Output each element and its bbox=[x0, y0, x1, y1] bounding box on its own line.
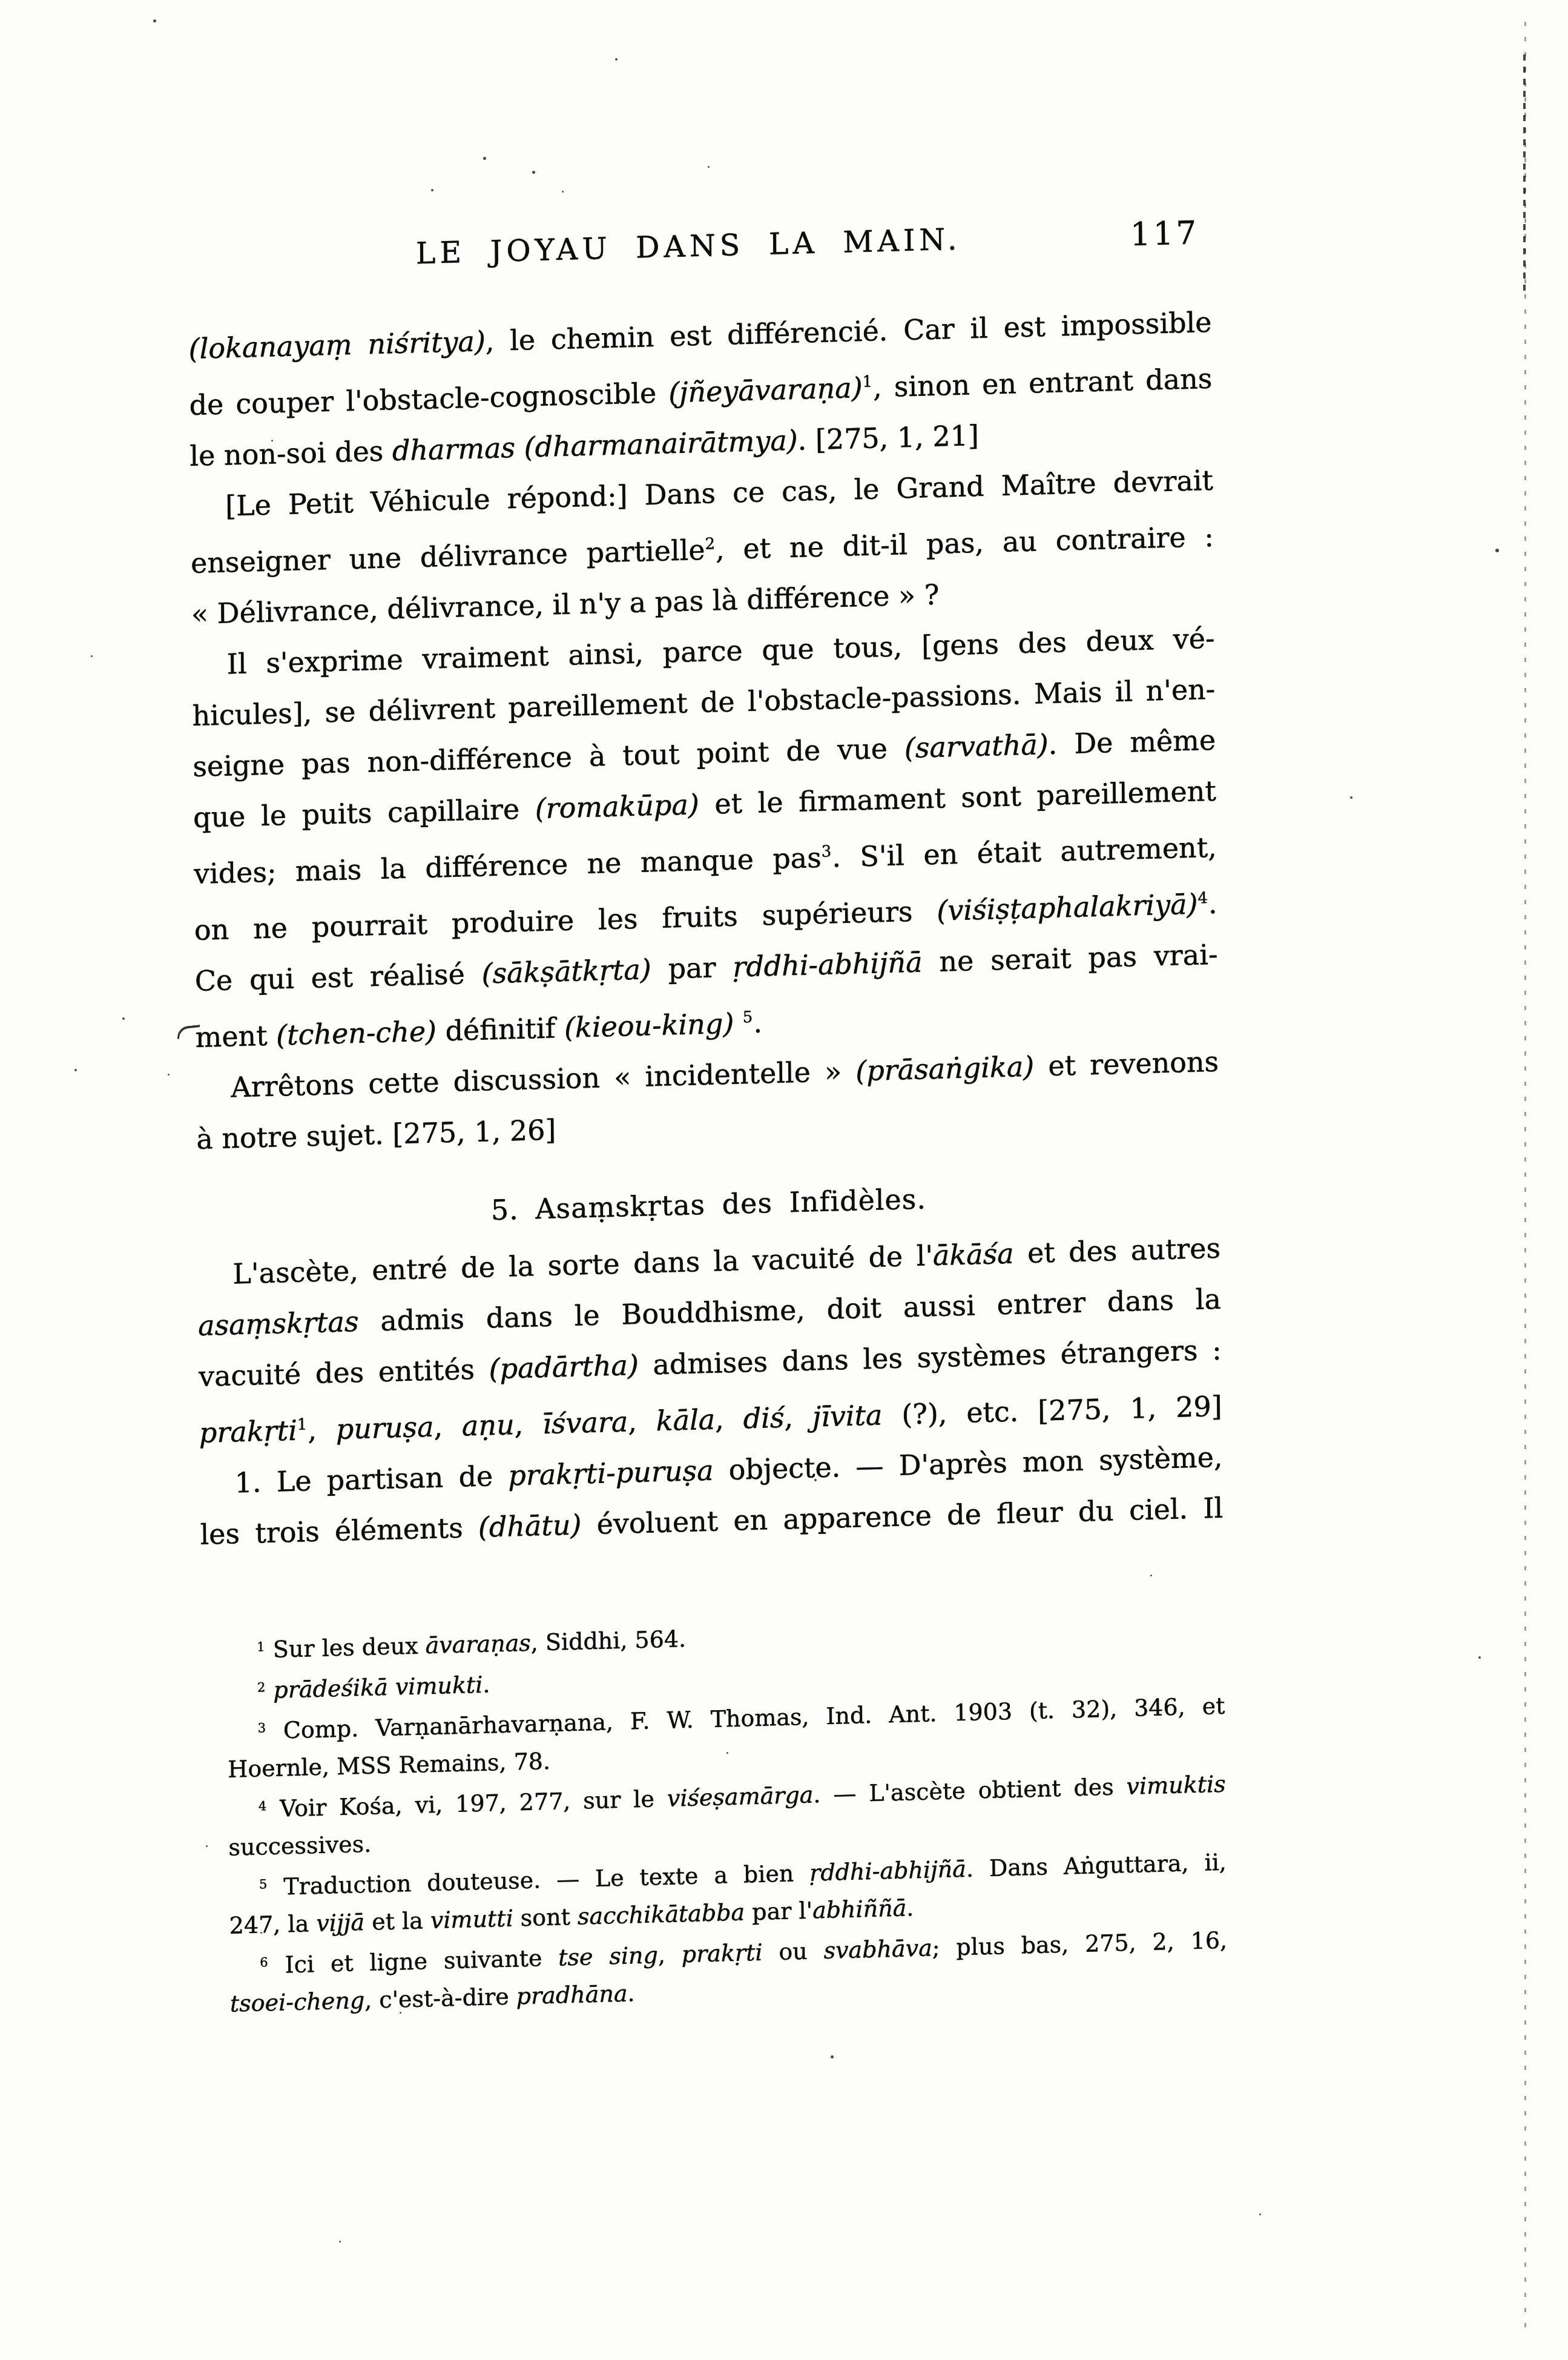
paragraph: [Le Petit Véhicule répond:] Dans ce cas,… bbox=[190, 455, 1214, 640]
scan-speck bbox=[460, 1526, 462, 1528]
footnote-reference: 3 bbox=[821, 842, 832, 861]
vertical-scratch bbox=[1524, 22, 1526, 2332]
text-segment: , c'est-à-dire bbox=[364, 1983, 516, 2014]
text-segment: Arrêtons cette discussion « incidentelle… bbox=[231, 1054, 855, 1103]
text-segment: (dhātu) bbox=[478, 1508, 582, 1543]
text-segment: aṇu bbox=[462, 1408, 515, 1442]
text-segment: ne serait pas vrai- bbox=[922, 938, 1217, 979]
text-segment: , bbox=[658, 1941, 682, 1968]
text-segment: diś bbox=[743, 1401, 784, 1435]
scan-speck bbox=[339, 2241, 341, 2243]
header-title: LE JOYAU DANS LA MAIN. bbox=[177, 214, 1200, 279]
text-segment: svabhāva bbox=[823, 1934, 932, 1964]
footnote-reference: 1 bbox=[257, 1639, 266, 1654]
scan-speck bbox=[1150, 1575, 1152, 1576]
text-segment: , bbox=[514, 1407, 542, 1441]
text-segment: seigne pas non-différence à tout point d… bbox=[193, 732, 904, 783]
text-segment: . De même bbox=[1048, 724, 1216, 761]
text-segment: et revenons bbox=[1034, 1045, 1219, 1083]
scan-speck bbox=[615, 58, 618, 61]
scan-speck bbox=[260, 1932, 262, 1934]
text-segment: et des autres bbox=[1013, 1232, 1220, 1270]
scan-speck bbox=[1350, 796, 1352, 799]
text-segment: (tchen-che) bbox=[276, 1015, 436, 1052]
text-segment: (sākṣātkṛta) bbox=[481, 953, 651, 990]
footnote-reference: 6 bbox=[260, 1955, 269, 1969]
text-segment: tse sing bbox=[558, 1942, 658, 1971]
text-segment: , Siddhi, 564. bbox=[531, 1625, 687, 1656]
text-segment: . bbox=[1208, 887, 1217, 920]
text-segment: et le firmament sont pareillement bbox=[699, 775, 1216, 821]
text-segment: par l' bbox=[745, 1897, 812, 1926]
text-segment: successives. bbox=[228, 1831, 371, 1861]
footnote-reference: 5 bbox=[743, 1008, 754, 1026]
scan-speck bbox=[122, 1017, 125, 1020]
paragraph: Il s'exprime vraiment ainsi, parce que t… bbox=[191, 613, 1218, 1063]
text-segment: 1. Le partisan de bbox=[234, 1459, 508, 1499]
text-segment: , bbox=[715, 1402, 743, 1435]
footnote-reference: 4 bbox=[1197, 889, 1208, 907]
scan-speck bbox=[91, 655, 93, 657]
text-segment: ; plus bas, 275, 2, 16, bbox=[932, 1927, 1227, 1962]
text-segment: . S'il en était autrement, bbox=[832, 831, 1217, 874]
paragraph: (lokanayaṃ niśritya), le chemin est diff… bbox=[188, 297, 1213, 481]
text-segment: ou bbox=[762, 1937, 823, 1966]
text-segment: de couper l'obstacle-cognoscible bbox=[189, 376, 668, 421]
text-segment: (kieou-king) bbox=[564, 1007, 734, 1044]
text-segment: pradhāna bbox=[516, 1980, 628, 2010]
scan-speck bbox=[74, 1069, 77, 1071]
text-segment: Sur les deux bbox=[265, 1632, 425, 1663]
footnote-reference: 1 bbox=[297, 1415, 308, 1433]
text-segment: īśvara bbox=[542, 1405, 628, 1440]
running-header: LE JOYAU DANS LA MAIN. 117 bbox=[188, 214, 1211, 279]
text-segment: sont bbox=[513, 1903, 578, 1932]
text-segment: viśeṣamārga bbox=[667, 1781, 814, 1811]
scanned-text-block: LE JOYAU DANS LA MAIN. 117 (lokanayaṃ ni… bbox=[188, 214, 1228, 2023]
text-segment: , le chemin est différencié. Car il est … bbox=[486, 306, 1212, 357]
scan-speck bbox=[168, 1074, 170, 1076]
footnote-reference: 3 bbox=[257, 1720, 266, 1735]
text-segment: (sarvathā) bbox=[904, 728, 1049, 764]
text-segment: à notre sujet. [275, 1, 26] bbox=[196, 1113, 556, 1155]
text-segment: (jñeyāvaraṇa) bbox=[668, 371, 863, 409]
footnote-reference: 2 bbox=[257, 1680, 266, 1694]
text-segment: , bbox=[433, 1410, 462, 1443]
text-segment: dharmas (dharmanairātmya) bbox=[392, 424, 798, 468]
text-segment: Voir Kośa, vi, 197, 277, sur le bbox=[267, 1785, 667, 1822]
ink-hook-mark bbox=[176, 1025, 201, 1039]
text-segment: par bbox=[651, 951, 733, 986]
text-segment: admises dans les systèmes étrangers : bbox=[639, 1334, 1222, 1381]
text-segment: . — L'ascète obtient des bbox=[813, 1773, 1127, 1808]
footnote-reference: 5 bbox=[259, 1877, 268, 1891]
text-segment: vides; mais la différence ne manque pas bbox=[194, 841, 822, 890]
scan-speck bbox=[726, 1752, 728, 1754]
text-segment: le non-soi des bbox=[189, 434, 392, 472]
text-segment: kāla bbox=[656, 1403, 715, 1438]
text-segment: . bbox=[483, 1671, 490, 1697]
text-segment: L'ascète, entré de la sorte dans la vacu… bbox=[232, 1239, 933, 1290]
text-segment: sacchikātabba bbox=[578, 1899, 745, 1929]
text-segment: prakṛti-puruṣa bbox=[508, 1454, 714, 1492]
text-segment: ṛddhi-abhijñā bbox=[733, 945, 923, 983]
scan-speck bbox=[532, 171, 535, 174]
text-segment: vacuité des entités bbox=[199, 1352, 489, 1393]
text-segment: ṛddhi-abhijñā bbox=[809, 1856, 966, 1886]
page-number: 117 bbox=[1130, 214, 1199, 254]
scan-speck bbox=[483, 157, 486, 160]
text-segment: (prāsaṅgika) bbox=[855, 1050, 1034, 1088]
text-segment: enseigner une délivrance partielle bbox=[191, 534, 705, 580]
body-text: (lokanayaṃ niśritya), le chemin est diff… bbox=[188, 297, 1223, 1560]
text-segment: vijjā bbox=[316, 1909, 364, 1937]
scan-speck bbox=[1495, 549, 1499, 552]
scan-speck bbox=[814, 1479, 817, 1481]
scan-speck bbox=[206, 1845, 208, 1847]
text-segment: évoluent en apparence de fleur du ciel. … bbox=[581, 1492, 1223, 1541]
text-segment: (viśiṣṭaphalakriyā) bbox=[937, 888, 1197, 927]
text-segment: (?), etc. [275, 1, 29] bbox=[882, 1390, 1222, 1432]
scan-speck bbox=[778, 704, 780, 706]
text-segment: , et ne dit-il pas, au contraire : bbox=[716, 520, 1214, 566]
text-segment: prakṛti bbox=[682, 1939, 763, 1968]
scan-speck bbox=[400, 2012, 401, 2014]
footnotes: 1 Sur les deux āvaraṇas, Siddhi, 564.2 p… bbox=[226, 1603, 1228, 2023]
text-segment: prādeśikā vimukti bbox=[273, 1671, 483, 1704]
text-segment: objecte. — D'après mon système, bbox=[713, 1441, 1222, 1487]
text-segment: puruṣa bbox=[336, 1410, 434, 1446]
scan-speck bbox=[153, 19, 156, 22]
text-segment: vimutti bbox=[430, 1905, 513, 1934]
scan-speck bbox=[1478, 1656, 1481, 1659]
text-segment: 247, la bbox=[229, 1910, 316, 1939]
text-segment: définitif bbox=[436, 1011, 565, 1048]
scan-speck bbox=[1259, 2213, 1261, 2215]
text-segment: . bbox=[753, 1006, 762, 1039]
text-segment: asaṃskṛtas bbox=[198, 1305, 359, 1342]
text-segment: et la bbox=[364, 1907, 430, 1935]
text-segment: (lokanayaṃ niśritya) bbox=[188, 325, 486, 365]
text-segment: abhiññā bbox=[812, 1894, 907, 1923]
text-segment: vimuktis bbox=[1126, 1771, 1225, 1800]
text-segment: (romakūpa) bbox=[535, 788, 699, 825]
text-segment: Ce qui est réalisé bbox=[194, 957, 481, 997]
text-segment: , sinon en entrant dans bbox=[873, 362, 1213, 404]
text-segment: jīvita bbox=[812, 1398, 883, 1433]
text-segment bbox=[734, 1006, 743, 1039]
text-segment: (padārtha) bbox=[489, 1349, 639, 1385]
text-segment: . bbox=[906, 1894, 914, 1921]
footnote-reference: 1 bbox=[862, 372, 873, 391]
paragraph: L'ascète, entré de la sorte dans la vacu… bbox=[197, 1223, 1222, 1458]
text-segment: , bbox=[784, 1400, 812, 1433]
footnote-reference: 2 bbox=[705, 535, 716, 553]
text-segment: . Dans Aṅguttara, ii, bbox=[966, 1849, 1227, 1882]
text-segment bbox=[266, 1677, 274, 1704]
text-segment: . [275, 1, 21] bbox=[797, 419, 979, 457]
text-segment: āvaraṇas bbox=[425, 1630, 531, 1659]
scan-speck bbox=[431, 189, 433, 191]
text-segment: Hoernle, MSS Remains, 78. bbox=[228, 1748, 550, 1783]
text-segment: ment bbox=[195, 1019, 276, 1053]
scan-speck bbox=[562, 191, 564, 193]
page: LE JOYAU DANS LA MAIN. 117 (lokanayaṃ ni… bbox=[0, 0, 1568, 2360]
text-segment: , bbox=[628, 1404, 656, 1438]
scan-speck bbox=[831, 2055, 834, 2058]
text-segment: , bbox=[308, 1413, 336, 1446]
text-segment: . bbox=[627, 1980, 635, 2006]
text-segment: que le puits capillaire bbox=[193, 792, 535, 834]
footnote-reference: 4 bbox=[259, 1799, 268, 1813]
scan-speck bbox=[271, 440, 273, 441]
text-segment: Ici et ligne suivante bbox=[268, 1945, 558, 1979]
text-segment: prakṛti bbox=[199, 1414, 297, 1449]
vertical-scratch bbox=[1523, 55, 1526, 291]
scan-speck bbox=[708, 166, 710, 168]
text-segment: ākāśa bbox=[933, 1237, 1014, 1272]
text-segment: les trois éléments bbox=[200, 1511, 478, 1551]
text-segment: tsoei-cheng bbox=[230, 1987, 365, 2017]
